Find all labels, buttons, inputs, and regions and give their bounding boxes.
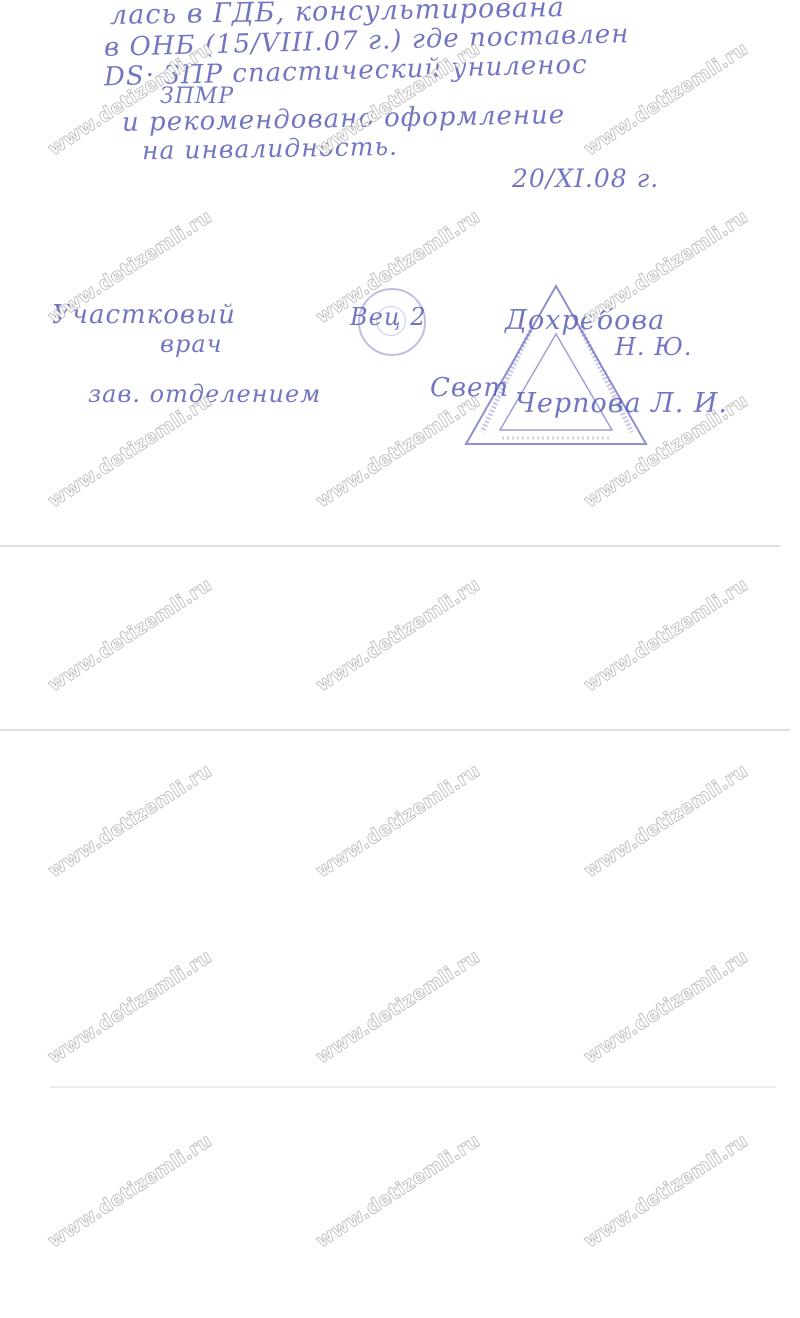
watermark-text: www.detizemli.ru	[308, 757, 488, 884]
fold-line	[0, 729, 790, 731]
note-date: 20/XI.08 г.	[512, 164, 659, 193]
head-name: Черпова Л. И.	[515, 388, 728, 419]
doctor-initials: Н. Ю.	[615, 333, 692, 361]
watermark-text: www.detizemli.ru	[40, 571, 220, 698]
watermark-text: www.detizemli.ru	[308, 387, 488, 514]
watermark-text: www.detizemli.ru	[308, 943, 488, 1070]
watermark-text: www.detizemli.ru	[576, 35, 756, 162]
watermark-text: www.detizemli.ru	[576, 757, 756, 884]
watermark-text: www.detizemli.ru	[576, 203, 756, 330]
watermark-text: www.detizemli.ru	[40, 1127, 220, 1254]
doctor-title-2: врач	[160, 330, 223, 358]
watermark-text: www.detizemli.ru	[308, 1127, 488, 1254]
scanned-document-page: лась в ГДБ, консультирована в ОНБ (15/VI…	[0, 0, 800, 1318]
watermark-text: www.detizemli.ru	[576, 943, 756, 1070]
watermark-text: www.detizemli.ru	[40, 943, 220, 1070]
fold-line	[50, 1086, 775, 1088]
watermark-text: www.detizemli.ru	[576, 571, 756, 698]
watermark-text: www.detizemli.ru	[40, 757, 220, 884]
doctor-signature: Вец 2	[350, 303, 426, 331]
watermark-text: www.detizemli.ru	[576, 1127, 756, 1254]
fold-line	[0, 545, 780, 547]
watermark-text: www.detizemli.ru	[308, 571, 488, 698]
